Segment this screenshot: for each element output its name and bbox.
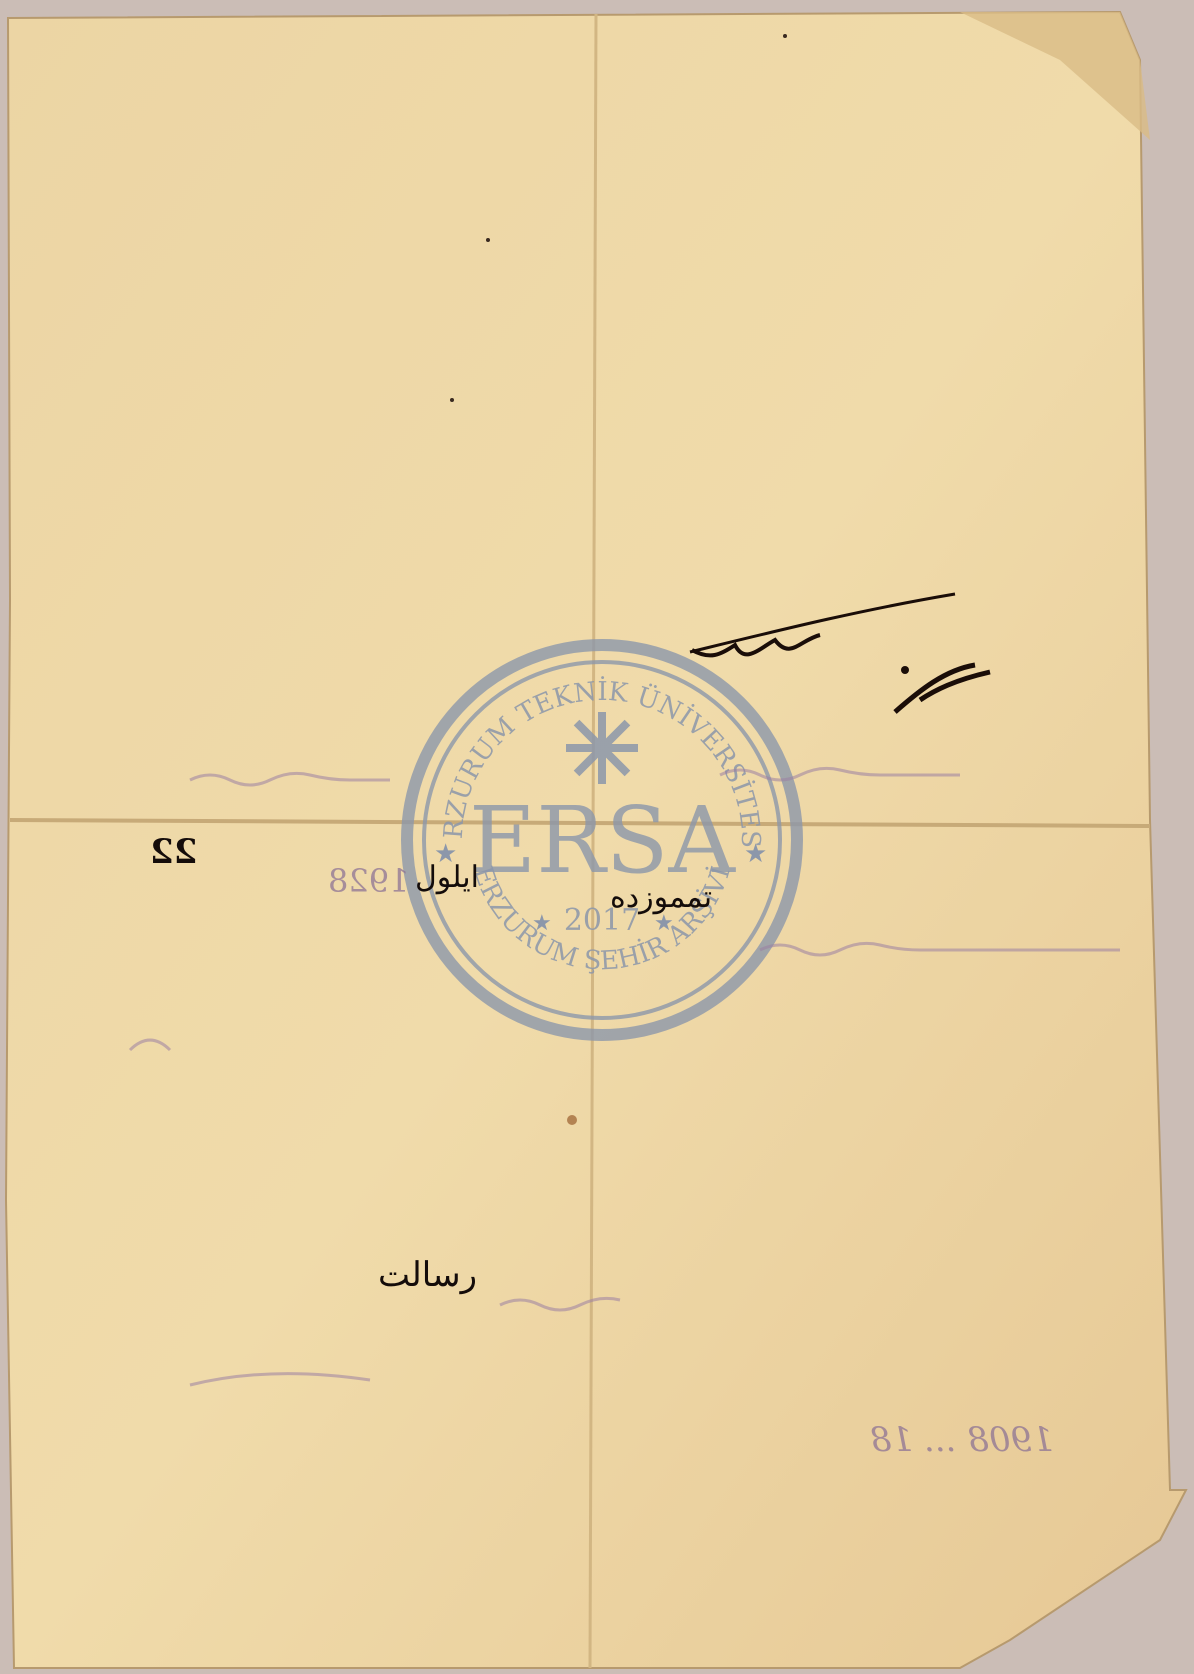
document-page: ERZURUM TEKNİK ÜNİVERSİTESİ ERZURUM ŞEHİ… <box>0 0 1194 1674</box>
bleed-through-script <box>0 0 1194 1674</box>
